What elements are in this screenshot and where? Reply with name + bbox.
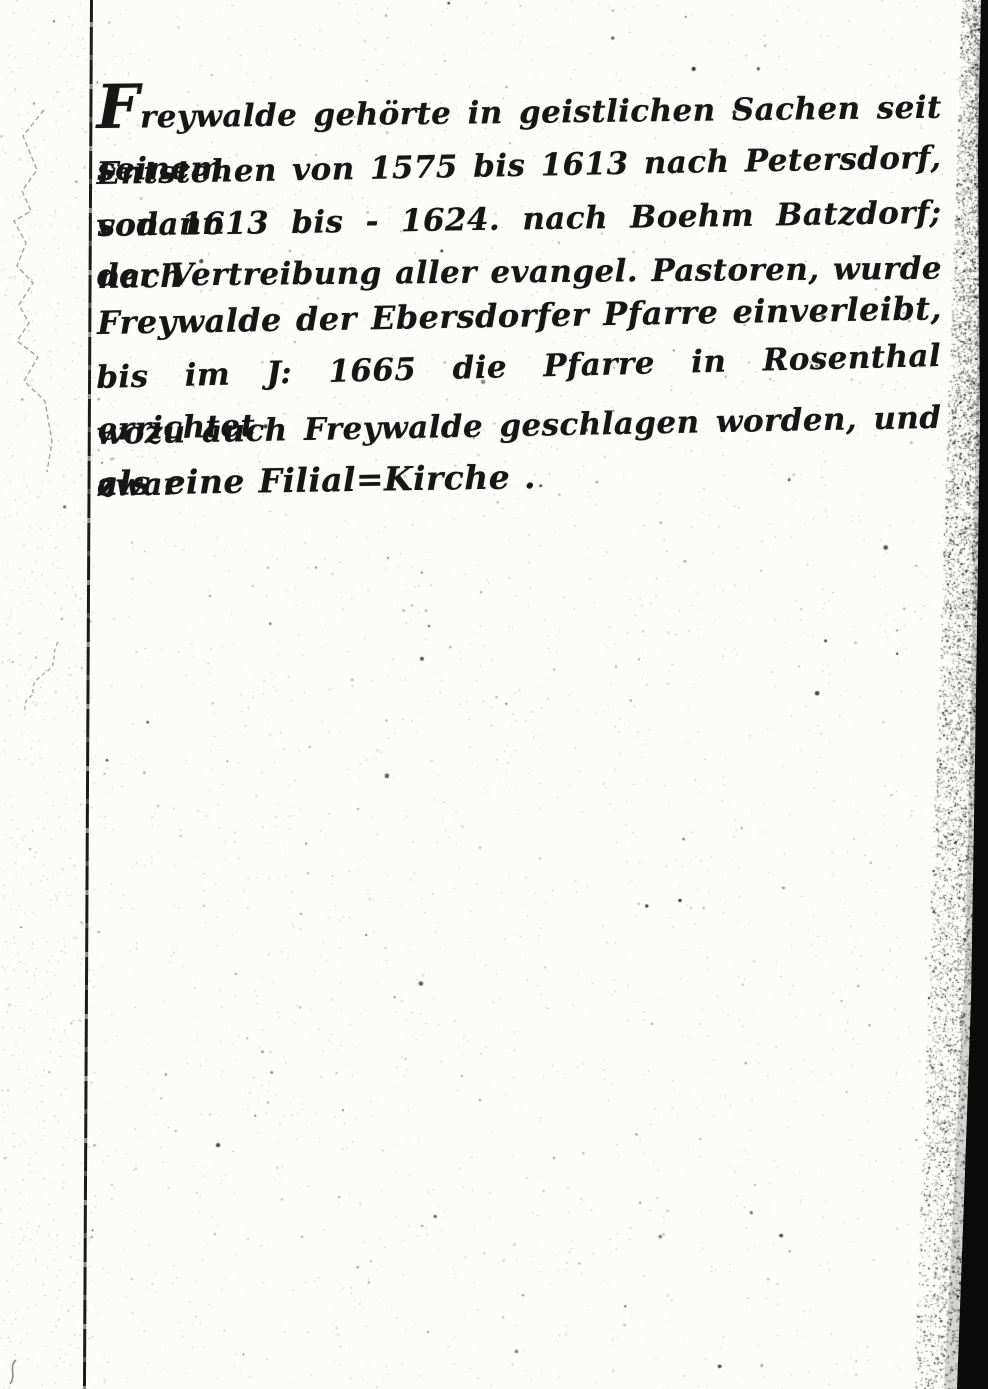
- manuscript-page: Freywalde gehörte in geistlichen Sachen …: [0, 0, 988, 1389]
- handwriting-block: Freywalde gehörte in geistlichen Sachen …: [0, 0, 988, 1389]
- handwriting-line-8: als eine Filial=Kirche .: [97, 450, 618, 510]
